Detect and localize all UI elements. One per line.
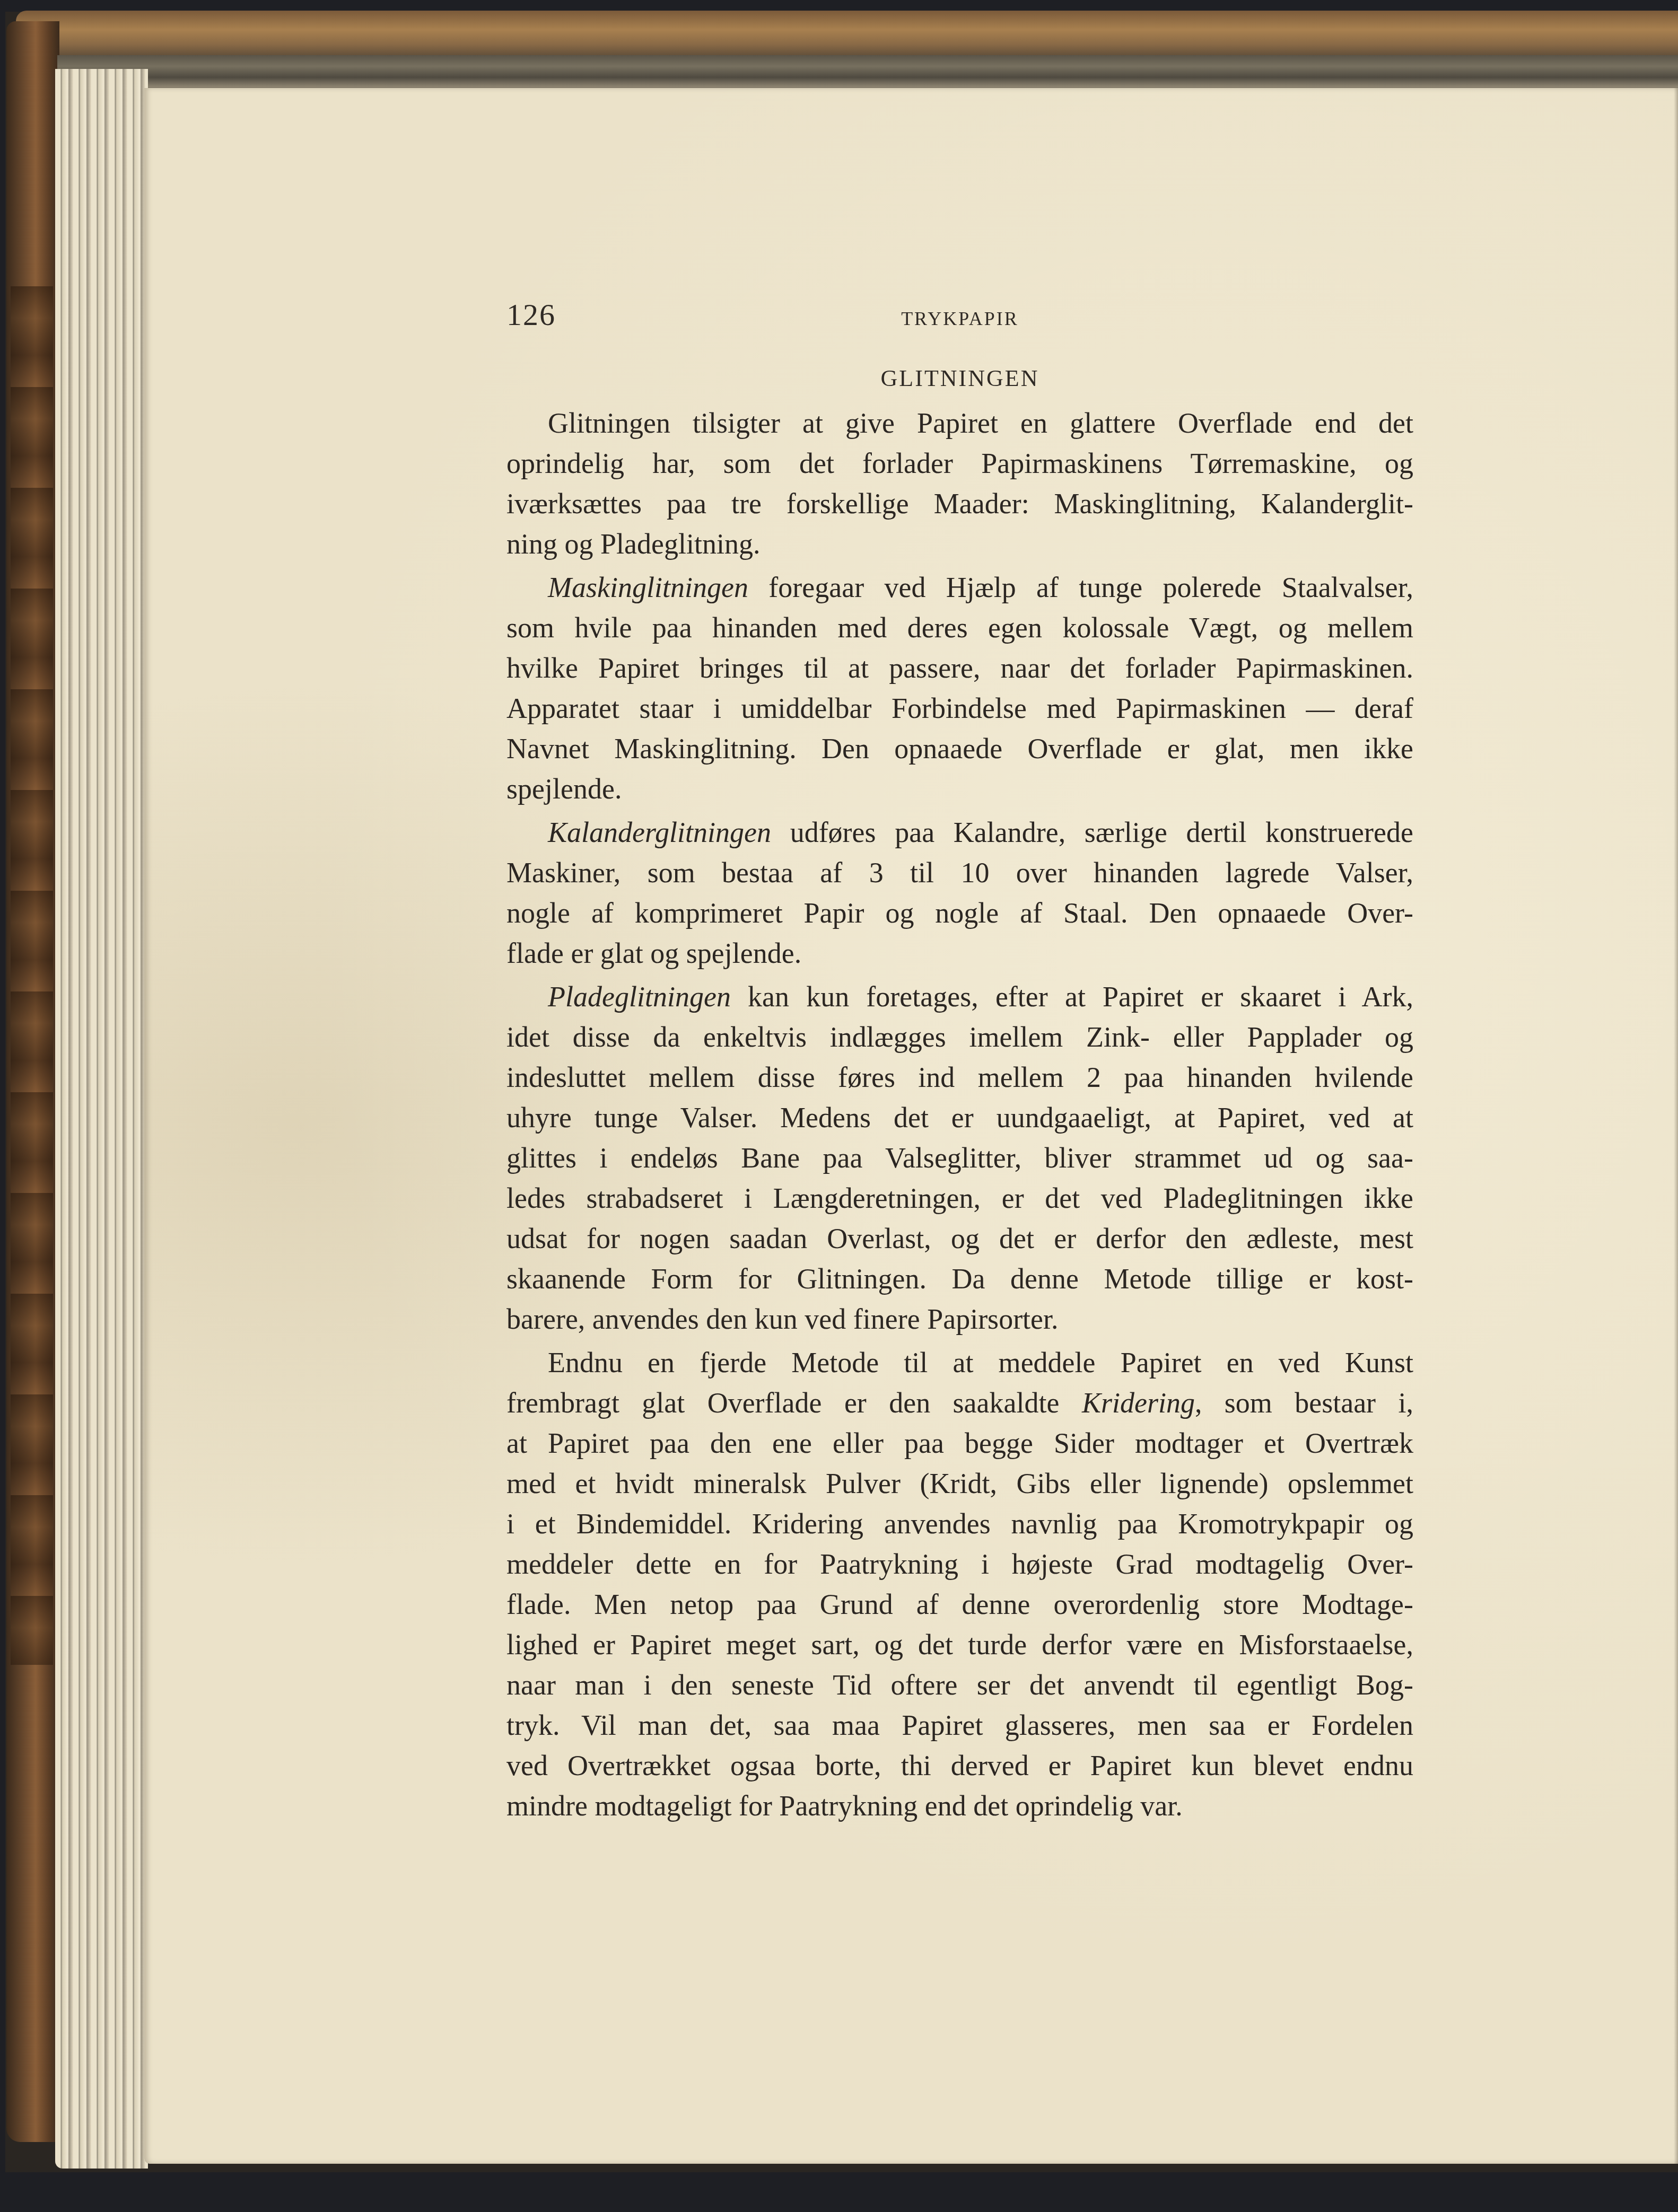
text-line: idet disse da enkeltvis indlægges imelle… (506, 1017, 1413, 1057)
text-line: flade er glat og spejlende. (506, 933, 1413, 973)
italic-term: Kridering (1082, 1387, 1195, 1419)
text-line: indesluttet mellem disse føres ind melle… (506, 1057, 1413, 1098)
text-line: Endnu en fjerde Metode til at meddele Pa… (506, 1342, 1413, 1383)
text-line: Maskinglitningen foregaar ved Hjælp af t… (506, 567, 1413, 608)
text-line: spejlende. (506, 769, 1413, 809)
text-line: Maskiner, som bestaa af 3 til 10 over hi… (506, 853, 1413, 893)
paragraph-kridering: Endnu en fjerde Metode til at meddele Pa… (506, 1342, 1413, 1826)
italic-term: Maskinglitningen (548, 572, 748, 603)
paragraph-maskinglitning: Maskinglitningen foregaar ved Hjælp af t… (506, 567, 1413, 809)
section-title: GLITNINGEN (506, 365, 1413, 403)
spine-leather-texture (11, 286, 53, 1665)
italic-term: Kalanderglitningen (548, 817, 771, 848)
running-head: 126 TRYKPAPIR (506, 297, 1413, 345)
text-line: ved Overtrækket ogsaa borte, thi derved … (506, 1745, 1413, 1786)
italic-term: Pladeglitningen (548, 981, 731, 1013)
text-line: Kalanderglitningen udføres paa Kalandre,… (506, 812, 1413, 853)
text-line: glittes i endeløs Bane paa Valseglitter,… (506, 1138, 1413, 1178)
text-line: barere, anvendes den kun ved finere Papi… (506, 1299, 1413, 1339)
text-line: med et hvidt mineralsk Pulver (Kridt, Gi… (506, 1463, 1413, 1504)
text-line: i et Bindemiddel. Kridering anvendes nav… (506, 1504, 1413, 1544)
text-line: at Papiret paa den ene eller paa begge S… (506, 1423, 1413, 1463)
text-line: Pladeglitningen kan kun foretages, efter… (506, 977, 1413, 1017)
text-line: hvilke Papiret bringes til at passere, n… (506, 648, 1413, 688)
text-line: oprindelig har, som det forlader Papirma… (506, 443, 1413, 484)
text-line: iværksættes paa tre forskellige Maader: … (506, 484, 1413, 524)
text-line: frembragt glat Overflade er den saakaldt… (506, 1383, 1413, 1423)
text-line: udsat for nogen saadan Overlast, og det … (506, 1218, 1413, 1259)
text-line: Navnet Maskinglitning. Den opnaaede Over… (506, 728, 1413, 769)
text-line: nogle af komprimeret Papir og nogle af S… (506, 893, 1413, 933)
page-edge-stack (55, 69, 148, 2169)
text-line: skaanende Form for Glitningen. Da denne … (506, 1259, 1413, 1299)
text-line: meddeler dette en for Paatrykning i høje… (506, 1544, 1413, 1584)
text-line: naar man i den seneste Tid oftere ser de… (506, 1665, 1413, 1705)
paragraph-intro: Glitningen tilsigter at give Papiret en … (506, 403, 1413, 564)
text-line: ning og Pladeglitning. (506, 524, 1413, 564)
page-right-edge-shadow (1674, 88, 1678, 2164)
text-line: som hvile paa hinanden med deres egen ko… (506, 608, 1413, 648)
text-line: flade. Men netop paa Grund af denne over… (506, 1584, 1413, 1625)
paragraph-kalanderglitning: Kalanderglitningen udføres paa Kalandre,… (506, 812, 1413, 973)
page-top-edge (57, 55, 1678, 92)
text-line: ledes strabadseret i Længderetningen, er… (506, 1178, 1413, 1218)
text-line: Glitningen tilsigter at give Papiret en … (506, 403, 1413, 443)
page-text-block: 126 TRYKPAPIR GLITNINGEN Glitningen tils… (506, 297, 1413, 1826)
book-headcap (16, 11, 1678, 58)
running-title: TRYKPAPIR (506, 308, 1413, 330)
text-line: uhyre tunge Valser. Medens det er uundga… (506, 1098, 1413, 1138)
text-line: tryk. Vil man det, saa maa Papiret glass… (506, 1705, 1413, 1745)
text-line: lighed er Papiret meget sart, og det tur… (506, 1625, 1413, 1665)
paragraph-pladeglitning: Pladeglitningen kan kun foretages, efter… (506, 977, 1413, 1339)
text-line: Apparatet staar i umiddelbar Forbindelse… (506, 688, 1413, 728)
text-line: mindre modtageligt for Paatrykning end d… (506, 1786, 1413, 1826)
